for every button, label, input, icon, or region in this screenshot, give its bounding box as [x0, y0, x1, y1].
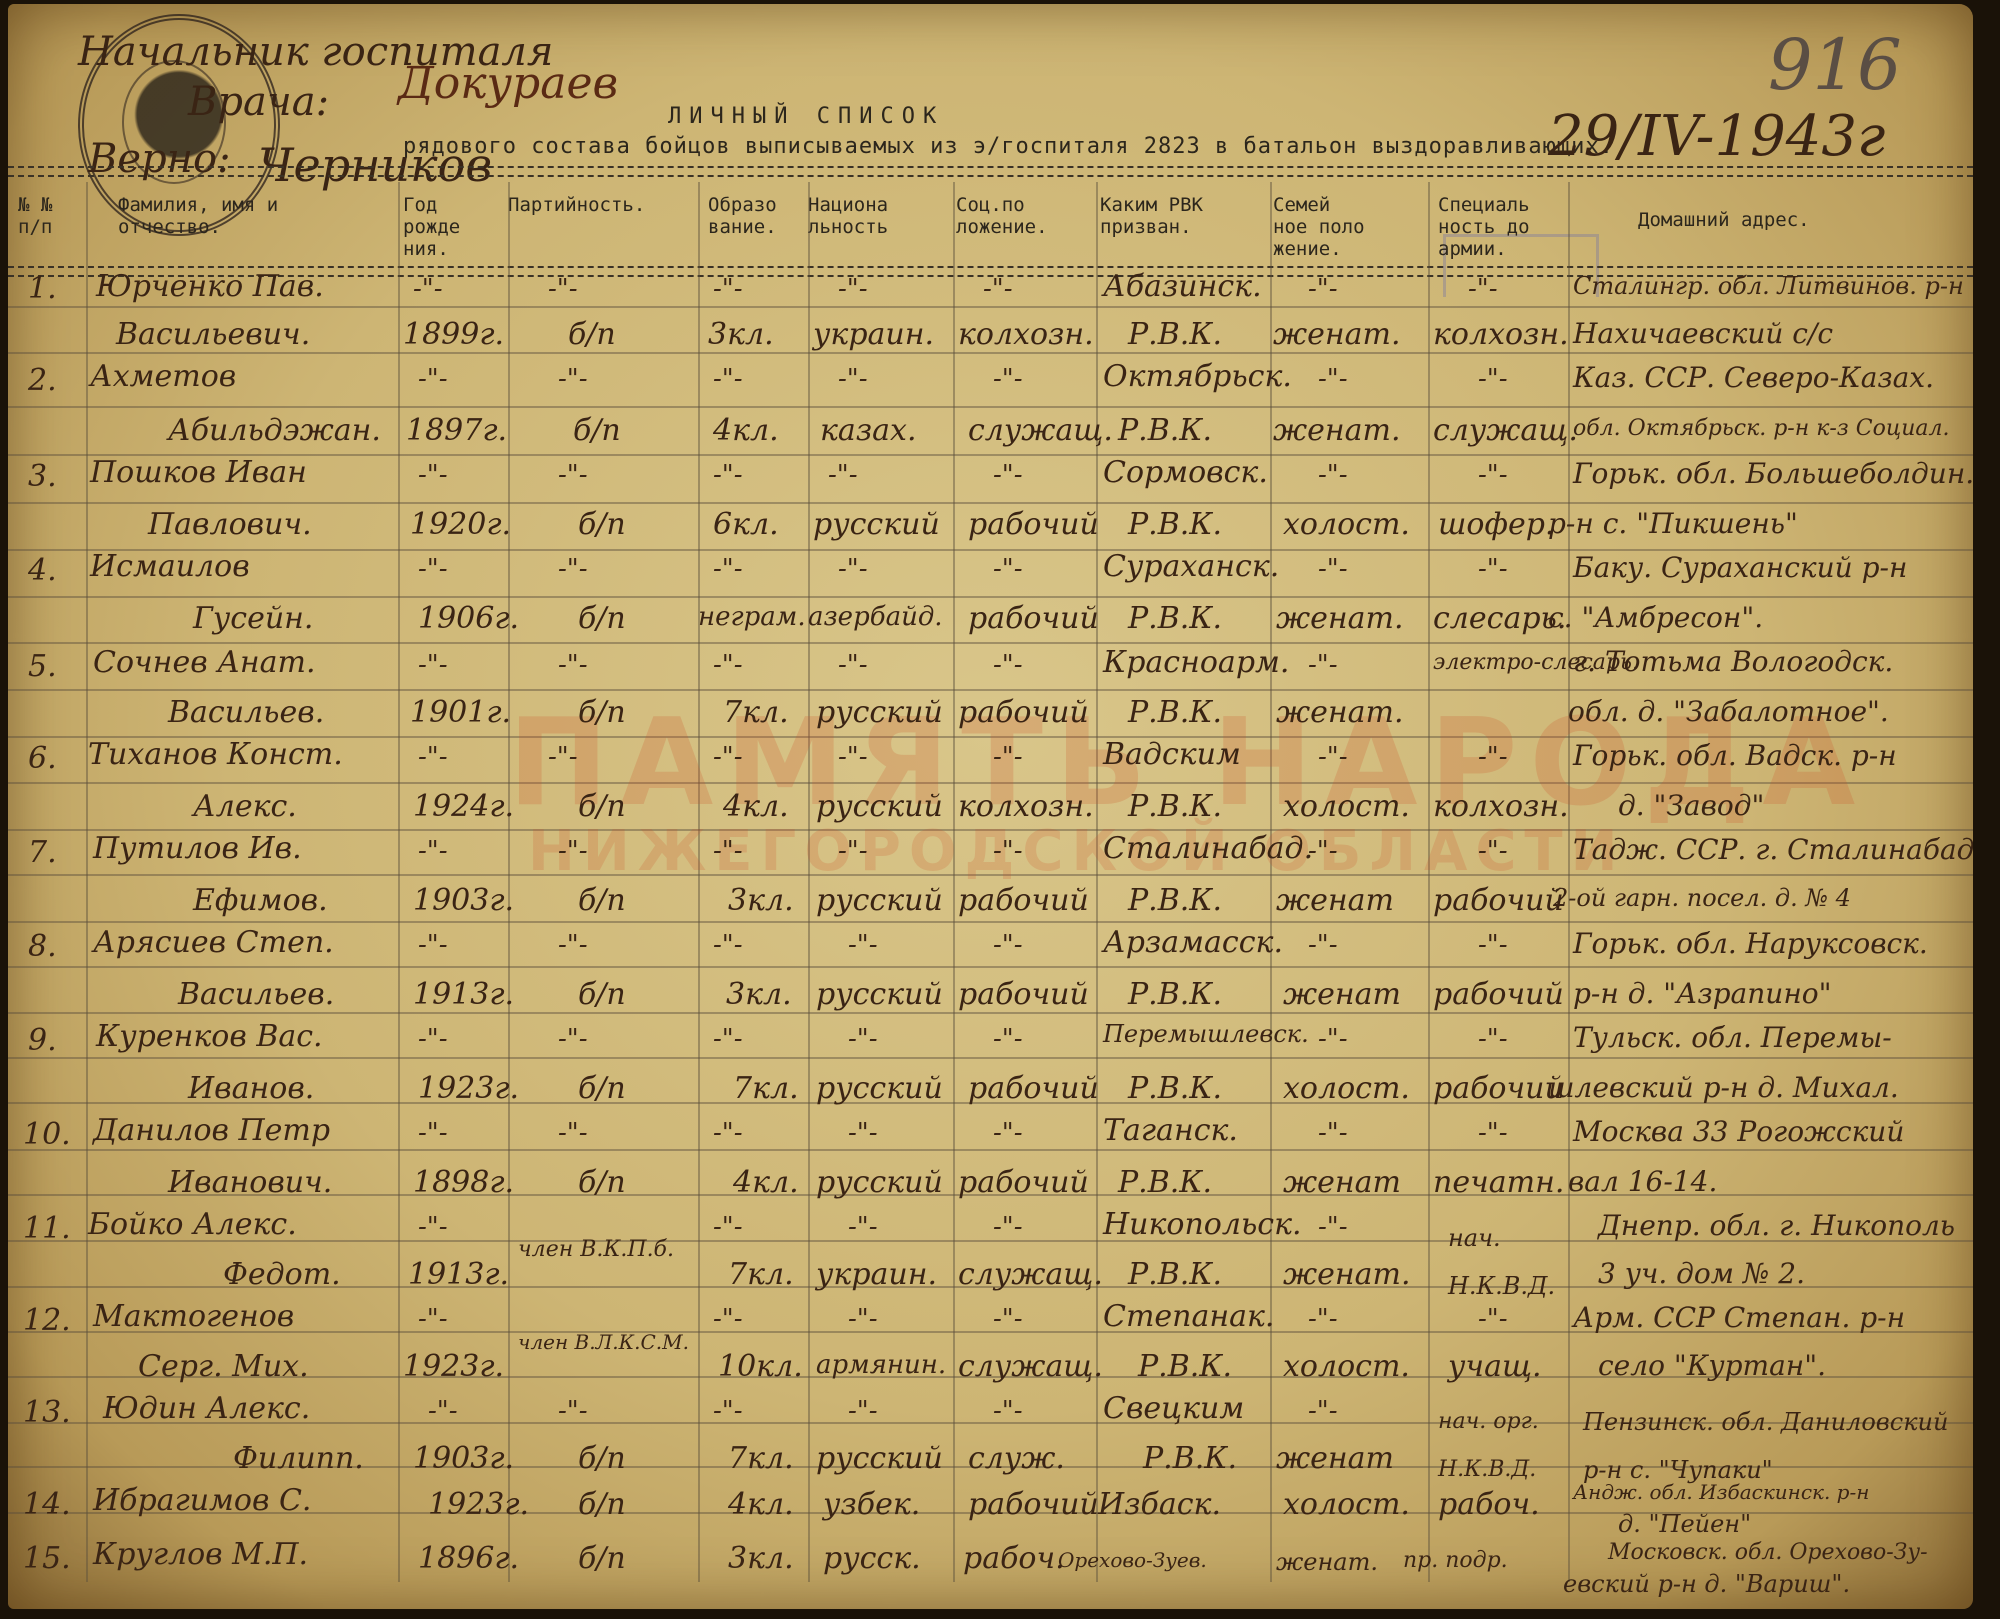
ditto-mark: -"- — [838, 366, 868, 392]
patronymic: Ефимов. — [193, 886, 328, 916]
col-header-address: Домашний адрес. — [1638, 209, 1938, 231]
ditto-mark: -"- — [558, 1026, 588, 1052]
education: 3кл. — [728, 1544, 794, 1574]
ditto-mark: -"- — [1478, 932, 1508, 958]
social-status: колхозн. — [958, 320, 1094, 350]
grid-hline — [8, 406, 1973, 408]
social-status: рабоч. — [963, 1544, 1065, 1574]
ditto-mark: -"- — [848, 1306, 878, 1332]
ditto-mark: -"- — [713, 462, 743, 488]
marital-status: женат. — [1273, 320, 1401, 350]
document-title: ЛИЧНЫЙ СПИСОК — [668, 104, 944, 129]
marital-status: холост. — [1283, 792, 1410, 822]
ditto-mark: -"- — [418, 1214, 448, 1240]
marital-status: женат. — [1283, 1260, 1411, 1290]
birth-year: 1906г. — [418, 604, 519, 634]
col-header-rvk: Каким РВК призван. — [1100, 194, 1260, 238]
rvk-district: Степанак. — [1103, 1302, 1274, 1332]
surname: Юрченко Пав. — [96, 272, 324, 302]
specialty: рабочий — [1433, 980, 1564, 1010]
row-number: 13. — [23, 1398, 71, 1428]
document-date: 29/IV-1943г — [1548, 104, 1885, 169]
nationality: русск. — [823, 1544, 921, 1574]
address-line2: обл. д. "Забалотное". — [1568, 698, 1889, 726]
surname: Пошков Иван — [90, 458, 307, 488]
nationality: русский — [816, 1074, 943, 1104]
ditto-mark: -"- — [993, 556, 1023, 582]
address-line2: обл. Октябрьск. р-н к-з Социал. — [1573, 418, 1949, 440]
nationality: русский — [816, 1168, 943, 1198]
nationality: украин. — [813, 320, 934, 350]
col-header-social: Соц.по ложение. — [956, 194, 1096, 238]
ditto-mark: -"- — [848, 1214, 878, 1240]
rvk-label: Р.В.К. — [1128, 980, 1222, 1010]
row-number: 11. — [23, 1214, 71, 1244]
ditto-mark: -"- — [1308, 1306, 1338, 1332]
education: 7кл. — [728, 1260, 794, 1290]
ditto-mark: -"- — [1478, 1306, 1508, 1332]
ditto-mark: -"- — [713, 838, 743, 864]
marital-status: женат. — [1276, 1550, 1378, 1574]
nationality: украин. — [816, 1260, 937, 1290]
address-line1: Днепр. обл. г. Никополь — [1598, 1212, 1955, 1240]
ditto-mark: -"- — [993, 1398, 1023, 1424]
nationality: армянин. — [816, 1352, 946, 1378]
social-status: рабочий — [968, 1490, 1099, 1520]
ditto-mark: -"- — [1478, 462, 1508, 488]
ditto-mark: -"- — [1318, 462, 1348, 488]
patronymic: Алекс. — [193, 792, 297, 822]
specialty: нач. Н.К.В.Д. — [1448, 1214, 1568, 1310]
nationality: казах. — [820, 416, 917, 446]
rvk-district: Перемышлевск. — [1103, 1022, 1309, 1046]
patronymic: Иванович. — [168, 1168, 332, 1198]
ditto-mark: -"- — [418, 744, 448, 770]
address-line1: г. Тотьма Вологодск. — [1573, 648, 1893, 676]
nationality: русский — [816, 792, 943, 822]
nationality: русский — [816, 698, 943, 728]
education: 3кл. — [708, 320, 774, 350]
ditto-mark: -"- — [1478, 838, 1508, 864]
ditto-mark: -"- — [418, 366, 448, 392]
marital-status: женат. — [1276, 698, 1404, 728]
ditto-mark: -"- — [558, 462, 588, 488]
document-page: Начальник госпиталя Врача: Докураев Верн… — [8, 4, 1973, 1609]
marital-status: холост. — [1283, 1074, 1410, 1104]
ditto-mark: -"- — [1318, 744, 1348, 770]
social-status: рабочий — [958, 698, 1089, 728]
ditto-mark: -"- — [713, 366, 743, 392]
rvk-label: Р.В.К. — [1128, 510, 1222, 540]
row-number: 14. — [23, 1490, 71, 1520]
patronymic: Васильев. — [178, 980, 334, 1010]
education: неграм. — [698, 604, 806, 630]
specialty: колхозн. — [1433, 320, 1569, 350]
rvk-label: Р.В.К. — [1128, 1074, 1222, 1104]
rvk-district: Вадским — [1103, 740, 1241, 770]
birth-year: 1903г. — [413, 1444, 514, 1474]
rvk-label: Р.В.К. — [1128, 886, 1222, 916]
social-status: служащ. — [958, 1352, 1103, 1382]
address-line2: р-н с. "Пикшень" — [1548, 510, 1798, 538]
ditto-mark: -"- — [993, 1214, 1023, 1240]
grid-hline — [8, 921, 1973, 923]
address-line2: шлевский р-н д. Михал. — [1548, 1074, 1899, 1102]
address-line2: 3 уч. дом № 2. — [1598, 1260, 1805, 1288]
ditto-mark: -"- — [993, 652, 1023, 678]
ditto-mark: -"- — [838, 276, 868, 302]
ditto-mark: -"- — [993, 462, 1023, 488]
grid-hline — [8, 596, 1973, 598]
rvk-label: Р.В.К. — [1118, 1168, 1212, 1198]
ditto-mark: -"- — [713, 1306, 743, 1332]
ditto-mark: -"- — [548, 276, 578, 302]
ditto-mark: -"- — [993, 744, 1023, 770]
ditto-mark: -"- — [713, 1214, 743, 1240]
rvk-district: Абазинск. — [1103, 272, 1262, 302]
grid-hline — [8, 502, 1973, 504]
social-status: рабочий — [968, 1074, 1099, 1104]
rvk-label: Р.В.К. — [1128, 604, 1222, 634]
ditto-mark: -"- — [418, 652, 448, 678]
ditto-mark: -"- — [418, 1306, 448, 1332]
ditto-mark: -"- — [1318, 1026, 1348, 1052]
row-number: 10. — [23, 1120, 71, 1150]
surname: Сочнев Анат. — [93, 648, 316, 678]
address-line1: Горьк. обл. Вадск. р-н — [1573, 742, 1897, 770]
ditto-mark: -"- — [828, 462, 858, 488]
surname: Мактогенов — [93, 1302, 294, 1332]
ditto-mark: -"- — [993, 1120, 1023, 1146]
ditto-mark: -"- — [993, 366, 1023, 392]
ditto-mark: -"- — [418, 1120, 448, 1146]
party: б/п — [578, 1074, 626, 1104]
education: 4кл. — [728, 1490, 794, 1520]
col-header-party: Партийность. — [508, 194, 688, 216]
social-status: служащ. — [958, 1260, 1103, 1290]
col-header-family: Семей ное поло жение. — [1273, 194, 1423, 260]
ditto-mark: -"- — [713, 276, 743, 302]
ditto-mark: -"- — [838, 838, 868, 864]
ditto-mark: -"- — [713, 1398, 743, 1424]
nationality: русский — [816, 1444, 943, 1474]
birth-year: 1903г. — [413, 886, 514, 916]
specialty: служащ. — [1433, 416, 1578, 446]
ditto-mark: -"- — [1308, 1398, 1338, 1424]
ditto-mark: -"- — [1318, 366, 1348, 392]
ditto-mark: -"- — [713, 1120, 743, 1146]
nationality: русский — [816, 886, 943, 916]
education: 3кл. — [726, 980, 792, 1010]
ditto-mark: -"- — [993, 1306, 1023, 1332]
ditto-mark: -"- — [418, 838, 448, 864]
rvk-district: Орехово-Зуев. — [1058, 1550, 1207, 1570]
surname: Круглов М.П. — [93, 1540, 308, 1570]
rvk-district: Красноарм. — [1103, 648, 1289, 678]
party: б/п — [578, 510, 626, 540]
ditto-mark: -"- — [993, 838, 1023, 864]
rvk-district: Сормовск. — [1103, 458, 1268, 488]
patronymic: Васильев. — [168, 698, 324, 728]
ditto-mark: -"- — [713, 652, 743, 678]
marital-status: женат — [1276, 1444, 1394, 1474]
birth-year: 1901г. — [410, 698, 511, 728]
document-subtitle: рядового состава бойцов выписываемых из … — [403, 134, 1614, 159]
party: б/п — [568, 320, 616, 350]
row-number: 1. — [28, 274, 57, 304]
birth-year: 1923г. — [428, 1490, 529, 1520]
header-top-rule — [8, 166, 1973, 177]
ditto-mark: -"- — [1478, 556, 1508, 582]
specialty: нач. орг. Н.К.В.Д. — [1438, 1398, 1578, 1494]
ditto-mark: -"- — [848, 1026, 878, 1052]
ditto-mark: -"- — [848, 1120, 878, 1146]
marital-status: холост. — [1283, 1490, 1410, 1520]
col-header-name: Фамилия, имя и отчество. — [118, 194, 388, 238]
birth-year: 1898г. — [413, 1168, 514, 1198]
doctor-signature: Докураев — [398, 62, 618, 106]
row-number: 15. — [23, 1544, 71, 1574]
social-status: рабочий — [958, 1168, 1089, 1198]
ditto-mark: -"- — [1308, 276, 1338, 302]
ditto-mark: -"- — [848, 1398, 878, 1424]
ditto-mark: -"- — [838, 556, 868, 582]
rvk-district: Арзамасск. — [1103, 928, 1283, 958]
doctor-label: Врача: — [188, 82, 329, 122]
marital-status: женат — [1283, 1168, 1401, 1198]
rvk-district: Октябрьск. — [1103, 362, 1292, 392]
social-status: рабочий — [968, 604, 1099, 634]
ditto-mark: -"- — [558, 838, 588, 864]
ditto-mark: -"- — [558, 932, 588, 958]
row-number: 12. — [23, 1306, 71, 1336]
grid-hline — [8, 1149, 1973, 1151]
education: 7кл. — [723, 698, 789, 728]
ditto-mark: -"- — [418, 556, 448, 582]
ditto-mark: -"- — [558, 366, 588, 392]
grid-hline — [8, 306, 1973, 308]
social-status: рабочий — [958, 886, 1089, 916]
ditto-mark: -"- — [1318, 556, 1348, 582]
address-line2: село "Куртан". — [1598, 1352, 1826, 1380]
address-line1: Москва 33 Рогожский — [1573, 1118, 1904, 1146]
address-line1: Тадж. ССР. г. Сталинабад — [1573, 836, 1973, 864]
marital-status: женат — [1276, 886, 1394, 916]
party: б/п — [578, 1544, 626, 1574]
address-line2: евский р-н д. "Вариш". — [1563, 1572, 1850, 1596]
surname: Тиханов Конст. — [88, 740, 343, 770]
social-status: служ. — [968, 1444, 1065, 1474]
social-status: колхозн. — [958, 792, 1094, 822]
party: член В.К.П.б. — [518, 1226, 698, 1274]
specialty: рабочий — [1433, 1074, 1564, 1104]
ditto-mark: -"- — [558, 556, 588, 582]
education: 10кл. — [718, 1352, 803, 1382]
ditto-mark: -"- — [558, 1120, 588, 1146]
row-number: 7. — [28, 838, 57, 868]
education: 4кл. — [723, 792, 789, 822]
rvk-label: Р.В.К. — [1128, 320, 1222, 350]
party: б/п — [578, 980, 626, 1010]
grid-hline — [8, 966, 1973, 968]
ditto-mark: -"- — [713, 932, 743, 958]
specialty: колхозн. — [1433, 792, 1569, 822]
ditto-mark: -"- — [558, 1398, 588, 1424]
nationality: узбек. — [823, 1490, 920, 1520]
birth-year: 1923г. — [403, 1352, 504, 1382]
grid-hline — [8, 1012, 1973, 1014]
marital-status: холост. — [1283, 1352, 1410, 1382]
specialty: шофер. — [1438, 510, 1554, 540]
ditto-mark: -"- — [418, 462, 448, 488]
col-header-education: Образо вание. — [708, 194, 808, 238]
rvk-label: Р.В.К. — [1118, 416, 1212, 446]
birth-year: 1913г. — [413, 980, 514, 1010]
education: 7кл. — [733, 1074, 799, 1104]
address-line1: Тульск. обл. Перемы- — [1573, 1024, 1892, 1052]
patronymic: Гусейн. — [193, 604, 313, 634]
ditto-mark: -"- — [848, 932, 878, 958]
ditto-mark: -"- — [418, 932, 448, 958]
surname: Ибрагимов С. — [93, 1486, 311, 1516]
address-line1: Баку. Сураханский р-н — [1573, 554, 1907, 582]
row-number: 2. — [28, 366, 57, 396]
surname: Куренков Вас. — [96, 1022, 323, 1052]
surname: Бойко Алекс. — [88, 1210, 297, 1240]
rvk-district: Никопольск. — [1103, 1210, 1302, 1240]
patronymic: Филипп. — [233, 1444, 364, 1474]
birth-year: 1924г. — [413, 792, 514, 822]
nationality: русский — [813, 510, 940, 540]
ditto-mark: -"- — [1468, 276, 1498, 302]
surname: Данилов Петр — [93, 1116, 330, 1146]
archive-watermark-sub: НИЖЕГОРОДСКОЙ ОБЛАСТИ — [528, 819, 1626, 884]
surname: Арясиев Степ. — [93, 928, 334, 958]
ditto-mark: -"- — [713, 744, 743, 770]
party: б/п — [578, 1490, 626, 1520]
ditto-mark: -"- — [548, 744, 578, 770]
party: б/п — [578, 792, 626, 822]
grid-hline — [8, 689, 1973, 691]
education: 6кл. — [713, 510, 779, 540]
surname: Путилов Ив. — [93, 834, 302, 864]
ditto-mark: -"- — [993, 932, 1023, 958]
address-line2: д. "Завод" — [1618, 792, 1764, 820]
ditto-mark: -"- — [838, 744, 868, 770]
ditto-mark: -"- — [983, 276, 1013, 302]
row-number: 8. — [28, 932, 57, 962]
address-line1: Московск. обл. Орехово-Зу- — [1608, 1542, 1928, 1564]
party: б/п — [578, 886, 626, 916]
grid-vline — [508, 182, 510, 1582]
patronymic: Иванов. — [188, 1074, 314, 1104]
ditto-mark: -"- — [428, 1398, 458, 1424]
marital-status: женат. — [1276, 604, 1404, 634]
education: 7кл. — [728, 1444, 794, 1474]
ditto-mark: -"- — [1478, 366, 1508, 392]
specialty: печатн. — [1433, 1168, 1564, 1198]
birth-year: 1897г. — [406, 416, 507, 446]
grid-vline — [398, 182, 400, 1582]
education: 4кл. — [713, 416, 779, 446]
address-line1: Сталингр. обл. Литвинов. р-н — [1573, 274, 1964, 298]
patronymic: Павлович. — [148, 510, 312, 540]
rvk-label: Р.В.К. — [1143, 1444, 1237, 1474]
ditto-mark: -"- — [413, 276, 443, 302]
nationality: русский — [816, 980, 943, 1010]
social-status: рабочий — [958, 980, 1089, 1010]
ditto-mark: -"- — [1308, 838, 1338, 864]
ditto-mark: -"- — [1478, 1120, 1508, 1146]
rvk-label: Р.В.К. — [1128, 698, 1222, 728]
rvk-district: Свецким — [1103, 1394, 1244, 1424]
ditto-mark: -"- — [1318, 1120, 1348, 1146]
specialty: слесарь. — [1433, 604, 1566, 634]
ditto-mark: -"- — [838, 652, 868, 678]
specialty: учащ. — [1448, 1352, 1542, 1382]
party: б/п — [573, 416, 621, 446]
party: член В.Л.К.С.М. — [518, 1318, 708, 1366]
row-number: 6. — [28, 744, 57, 774]
ditto-mark: -"- — [558, 652, 588, 678]
birth-year: 1896г. — [418, 1544, 519, 1574]
social-status: служащ. — [968, 416, 1113, 446]
ditto-mark: -"- — [1478, 744, 1508, 770]
rvk-label: Р.В.К. — [1128, 1260, 1222, 1290]
row-number: 9. — [28, 1026, 57, 1056]
surname: Ахметов — [90, 362, 236, 392]
address-line2: 2-ой гарн. посел. д. № 4 — [1553, 886, 1851, 910]
address-line1: Андж. обл. Избаскинск. р-н — [1573, 1482, 1869, 1502]
education: 4кл. — [733, 1168, 799, 1198]
social-status: рабочий — [968, 510, 1099, 540]
address-line1: Горьк. обл. Наруксовск. — [1573, 930, 1928, 958]
address-line1: Арм. ССР Степан. р-н — [1573, 1304, 1905, 1332]
address-line2: вал 16-14. — [1568, 1168, 1717, 1196]
archive-page-number: 916 — [1768, 24, 1902, 106]
row-number: 4. — [28, 556, 57, 586]
col-header-num: № № п/п — [18, 194, 78, 238]
address-line2: Нахичаевский с/с — [1573, 320, 1833, 348]
grid-vline — [86, 182, 88, 1582]
marital-status: женат. — [1273, 416, 1401, 446]
col-header-nationality: Национа льность — [808, 194, 948, 238]
birth-year: 1920г. — [410, 510, 511, 540]
address-line2: д. "Пейен" — [1618, 1512, 1751, 1536]
patronymic: Абильдэжан. — [168, 416, 381, 446]
ditto-mark: -"- — [1308, 652, 1338, 678]
specialty: рабоч. — [1438, 1490, 1540, 1520]
grid-hline — [8, 352, 1973, 354]
education: 3кл. — [728, 886, 794, 916]
specialty: рабочий — [1433, 886, 1564, 916]
specialty: пр. подр. — [1403, 1550, 1508, 1572]
ditto-mark: -"- — [993, 1026, 1023, 1052]
row-number: 3. — [28, 462, 57, 492]
address-line1: Горьк. обл. Большеболдин. — [1573, 460, 1973, 488]
grid-hline — [8, 642, 1973, 644]
patronymic: Федот. — [223, 1260, 341, 1290]
ditto-mark: -"- — [1478, 1026, 1508, 1052]
birth-year: 1899г. — [403, 320, 504, 350]
ditto-mark: -"- — [1308, 932, 1338, 958]
ditto-mark: -"- — [418, 1026, 448, 1052]
row-number: 5. — [28, 652, 57, 682]
birth-year: 1913г. — [408, 1260, 509, 1290]
marital-status: женат — [1283, 980, 1401, 1010]
col-header-born: Год рожде ния. — [403, 194, 473, 260]
patronymic: Васильевич. — [116, 320, 310, 350]
